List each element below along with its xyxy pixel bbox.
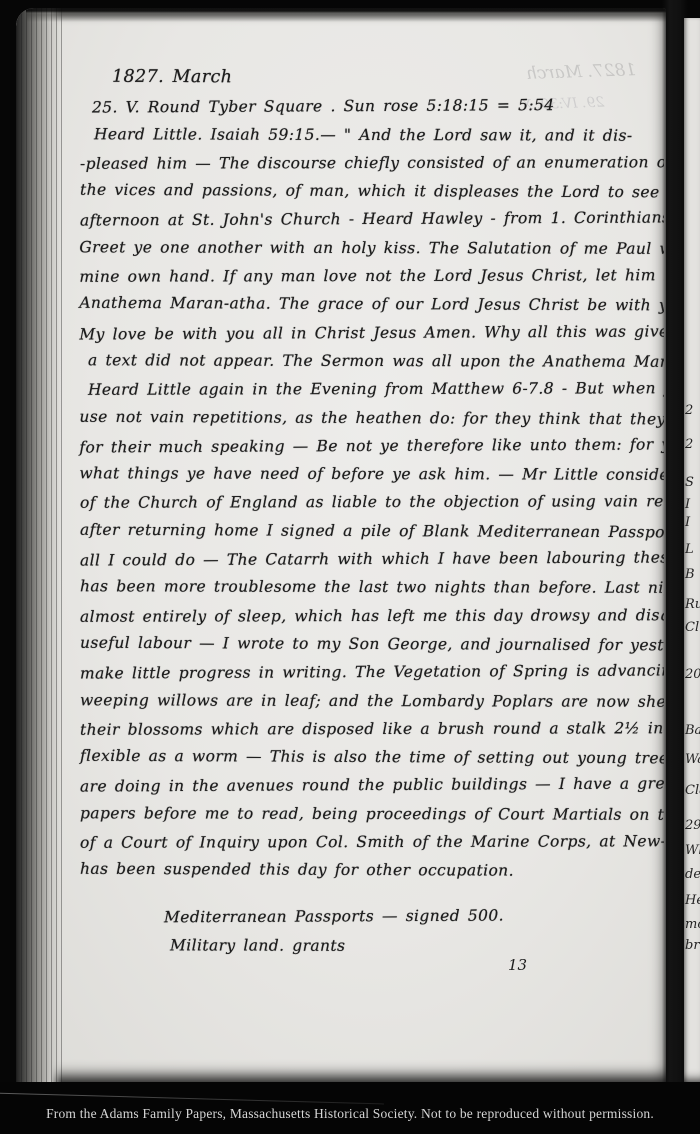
manuscript-line: 1827. March (112, 64, 664, 94)
manuscript-line: their blossoms which are disposed like a… (80, 714, 664, 744)
adjacent-page-fragment: 20 (685, 667, 700, 682)
manuscript-line: " for their much speaking — Be not ye th… (72, 430, 664, 461)
adjacent-page-fragment: mor (685, 917, 700, 932)
adjacent-page-fragment: Cla (685, 783, 700, 798)
adjacent-page-fragment: 29-1 (685, 818, 700, 833)
adjacent-page-fragment: 2 (685, 403, 693, 418)
manuscript-page: 1827. March 29. IV:30. X 1827. March25. … (16, 8, 666, 1082)
manuscript-line: useful labour — I wrote to my Son George… (80, 629, 664, 660)
adjacent-page-fragment: Cl (685, 620, 699, 635)
manuscript-line: Mediterranean Passports — signed 500. (164, 899, 664, 932)
manuscript-line: " mine own hand. If any man love not the… (72, 261, 664, 291)
manuscript-line: all I could do — The Catarrh with which … (80, 544, 664, 575)
adjacent-page-fragment: I (685, 497, 690, 512)
manuscript-line: make little progress in writing. The Veg… (80, 657, 664, 688)
archive-caption: From the Adams Family Papers, Massachuse… (0, 1106, 700, 1122)
manuscript-line: " Anathema Maran-atha. The grace of our … (72, 289, 664, 320)
adjacent-page-fragment: Whe (685, 843, 700, 858)
adjacent-page-fragment: dew (685, 867, 700, 882)
adjacent-page-fragment: Ru (685, 597, 700, 612)
adjacent-page-fragment: 2 (685, 437, 693, 452)
adjacent-page-fragment: Wa (685, 752, 700, 767)
manuscript-line: " use not vain repetitions, as the heath… (72, 402, 664, 433)
manuscript-line: Heard Little again in the Evening from M… (88, 375, 664, 405)
page-top-crease (26, 8, 666, 22)
adjacent-page-fragment: Ba (685, 723, 700, 738)
manuscript-line: has been more troublesome the last two n… (80, 573, 664, 603)
adjacent-page-fragment: B (685, 567, 695, 582)
manuscript-line: flexible as a worm — This is also the ti… (80, 742, 664, 773)
book-page-edges (16, 8, 62, 1082)
adjacent-page-fragment: bren (685, 938, 700, 953)
adjacent-page-fragment: S (685, 475, 694, 490)
manuscript-line: " what things ye have need of before ye … (72, 459, 664, 489)
manuscript-line: -pleased him — The discourse chiefly con… (80, 148, 664, 178)
manuscript-line: Heard Little. Isaiah 59:15.— " And the L… (94, 120, 664, 150)
manuscript-line: of a Court of Inquiry upon Col. Smith of… (80, 827, 664, 857)
manuscript-line: 25. V. Round Tyber Square . Sun rose 5:1… (92, 91, 664, 122)
manuscript-line: " Greet ye one another with an holy kiss… (72, 233, 664, 263)
manuscript-line: a text did not appear. The Sermon was al… (88, 346, 664, 376)
adjacent-page-sliver: 22SIILBRuCl20BaWaCla29-1WhedewHewmorbren (684, 18, 700, 1084)
manuscript-line: of the Church of England as liable to th… (80, 488, 664, 518)
manuscript-line: " My love be with you all in Christ Jesu… (72, 317, 664, 348)
manuscript-line: afternoon at St. John's Church - Heard H… (80, 204, 664, 235)
manuscript-line: has been suspended this day for other oc… (80, 855, 664, 886)
adjacent-page-fragment: L (685, 542, 694, 557)
adjacent-page-fragment: Hew (685, 893, 700, 908)
scan-viewport: 1827. March 29. IV:30. X 1827. March25. … (0, 0, 700, 1134)
manuscript-line: after returning home I signed a pile of … (80, 515, 664, 546)
manuscript-line: are doing in the avenues round the publi… (80, 770, 664, 801)
manuscript-line: almost entirely of sleep, which has left… (80, 601, 664, 631)
handwritten-text-block: 1827. March25. V. Round Tyber Square . S… (72, 64, 664, 1024)
manuscript-line: the vices and passions, of man, which it… (80, 176, 664, 207)
manuscript-line: weeping willows are in leaf; and the Lom… (80, 686, 664, 716)
manuscript-line: Military land. grants (170, 930, 664, 961)
manuscript-line: papers before me to read, being proceedi… (80, 799, 664, 829)
page-number: 13 (508, 956, 527, 974)
adjacent-page-fragment: I (685, 515, 690, 530)
